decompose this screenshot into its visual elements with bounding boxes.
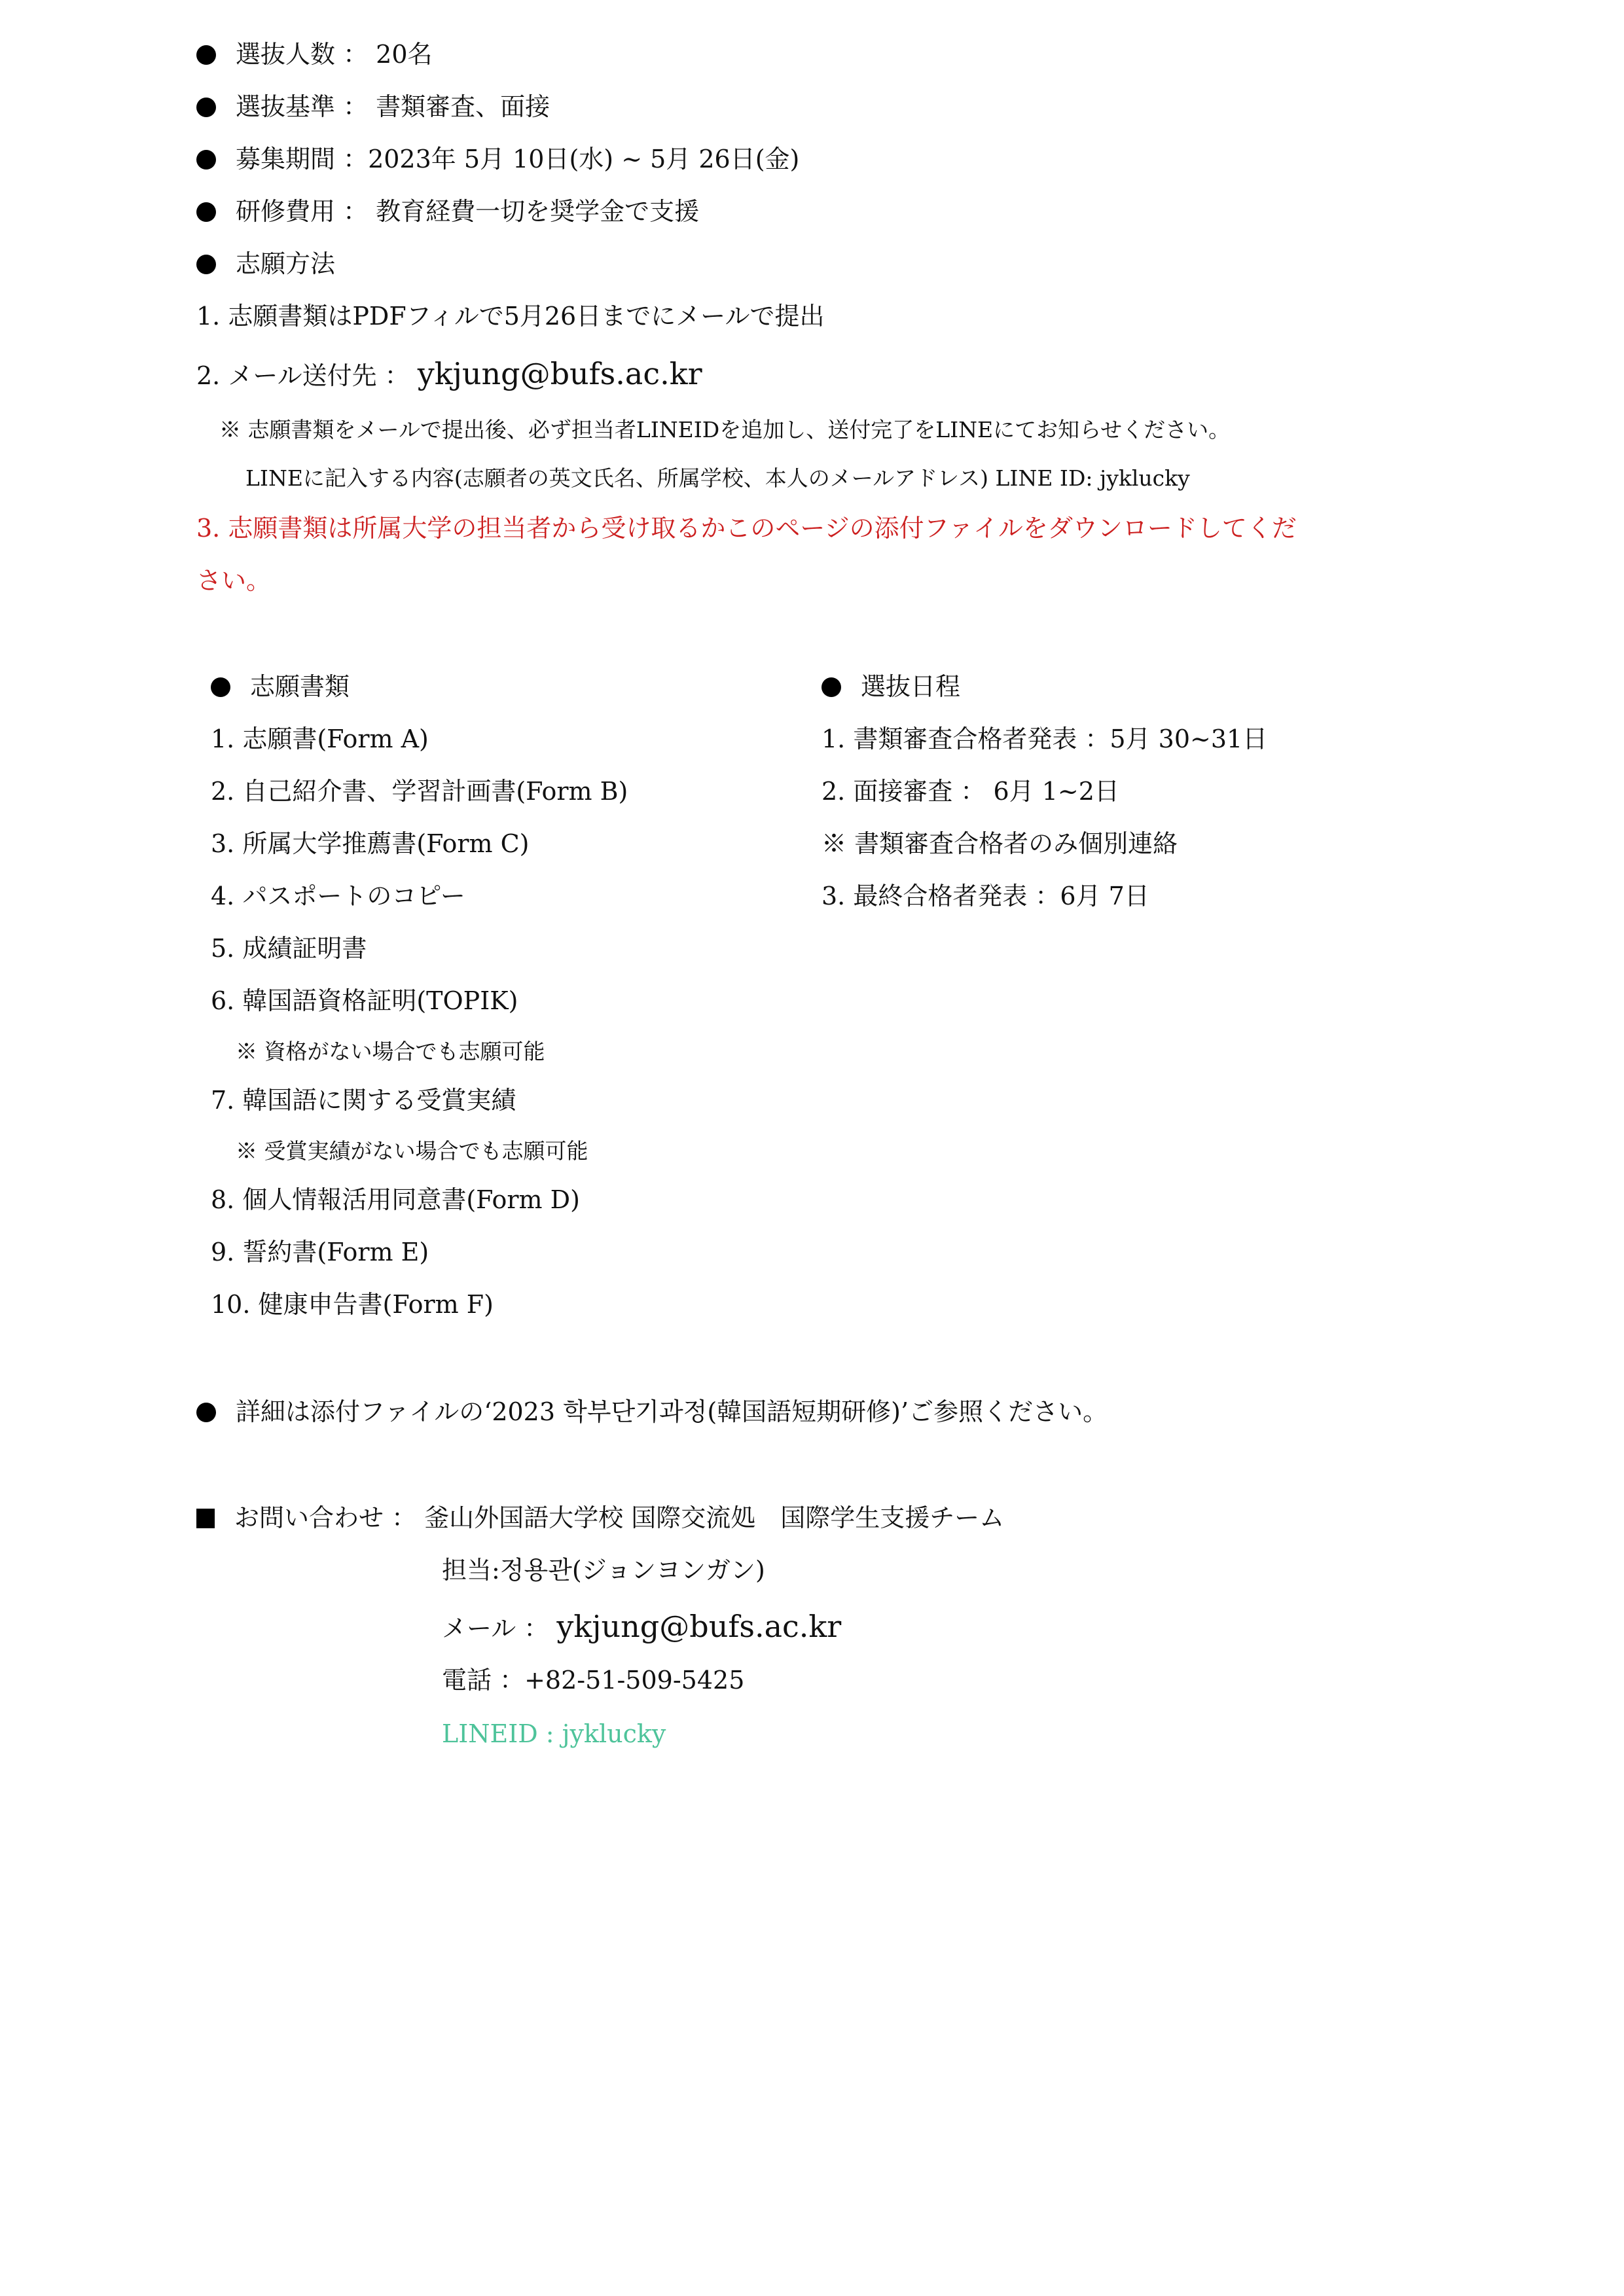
document-item: 10. 健康申告書(Form F) [211,1292,494,1317]
contact-person: 担当:정용관(ジョンヨンガン) [442,1558,765,1583]
schedule-heading: 選抜日程 [821,674,960,699]
document-item: 3. 所属大学推薦書(Form C) [211,831,530,856]
contact-lineid: LINEID : jyklucky [442,1721,666,1746]
contact-email-link[interactable]: ykjung@bufs.ac.kr [556,1609,841,1644]
application-note-line: ※ 志願書類をメールで提出後、必ず担当者LINEIDを追加し、送付完了をLINE… [219,419,1230,440]
document-item: 8. 個人情報活用同意書(Form D) [211,1187,580,1212]
bullet-icon [196,202,216,222]
details-note: 詳細は添付ファイルの‘2023 학부단기과정(韓国語短期研修)’ご参照ください。 [196,1399,1108,1424]
document-page: 選抜人数 ： 20名 選抜基準 ： 書類審査、面接 募集期間 ：2023年 5月… [0,0,1624,2296]
application-step-3-cont: さい。 [196,568,271,593]
bullet-icon [196,45,216,65]
summary-application-method: 志願方法 [196,251,335,276]
summary-training-cost: 研修費用 ： 教育経費一切を奨学金で支援 [196,199,699,224]
document-item: 7. 韓国語に関する受賞実績 [211,1088,516,1113]
document-item: 6. 韓国語資格証明(TOPIK) [211,988,518,1013]
bullet-icon [196,255,216,274]
summary-recruitment-period: 募集期間 ：2023年 5月 10日(水) ~ 5月 26日(金) [196,147,799,171]
contact-phone: 電話 ：+82-51-509-5425 [442,1668,744,1693]
bullet-icon [821,677,841,697]
document-note: ※ 資格がない場合でも志願可能 [236,1041,545,1062]
bullet-icon [211,677,230,697]
document-item: 9. 誓約書(Form E) [211,1240,429,1265]
document-note: ※ 受賞実績がない場合でも志願可能 [236,1140,588,1162]
schedule-item: 1. 書類審査合格者発表 ：5月 30~31日 [821,726,1267,751]
square-bullet-icon [196,1509,215,1528]
summary-selection-criteria: 選抜基準 ： 書類審査、面接 [196,94,550,119]
document-item: 2. 自己紹介書、学習計画書(Form B) [211,779,628,804]
application-step-1: 1. 志願書類はPDFフィルで5月26日までにメールで提出 [196,304,824,329]
summary-selection-count: 選抜人数 ： 20名 [196,42,433,67]
application-note-line-content: LINEに記入する内容(志願者の英文氏名、所属学校、本人のメールアドレス) LI… [245,467,1190,489]
contact-mail: メール ： ykjung@bufs.ac.kr [442,1611,841,1641]
contact-heading: お問い合わせ ： 釜山外国語大学校 国際交流処 国際学生支援チーム [196,1505,1004,1530]
schedule-item: 3. 最終合格者発表 ：6月 7日 [821,884,1149,908]
document-item: 5. 成績証明書 [211,936,367,961]
application-step-2: 2. メール送付先 ： ykjung@bufs.ac.kr [196,359,702,389]
schedule-note: ※ 書類審査合格者のみ個別連絡 [821,831,1178,856]
document-item: 4. パスポートのコピー [211,884,465,908]
bullet-icon [196,98,216,117]
documents-heading: 志願書類 [211,674,350,699]
application-email-link[interactable]: ykjung@bufs.ac.kr [418,356,702,391]
application-step-3: 3. 志願書類は所属大学の担当者から受け取るかこのページの添付ファイルをダウンロ… [196,516,1297,541]
document-item: 1. 志願書(Form A) [211,726,429,751]
schedule-item: 2. 面接審査 ： 6月 1~2日 [821,779,1119,804]
bullet-icon [196,1403,216,1422]
bullet-icon [196,150,216,170]
